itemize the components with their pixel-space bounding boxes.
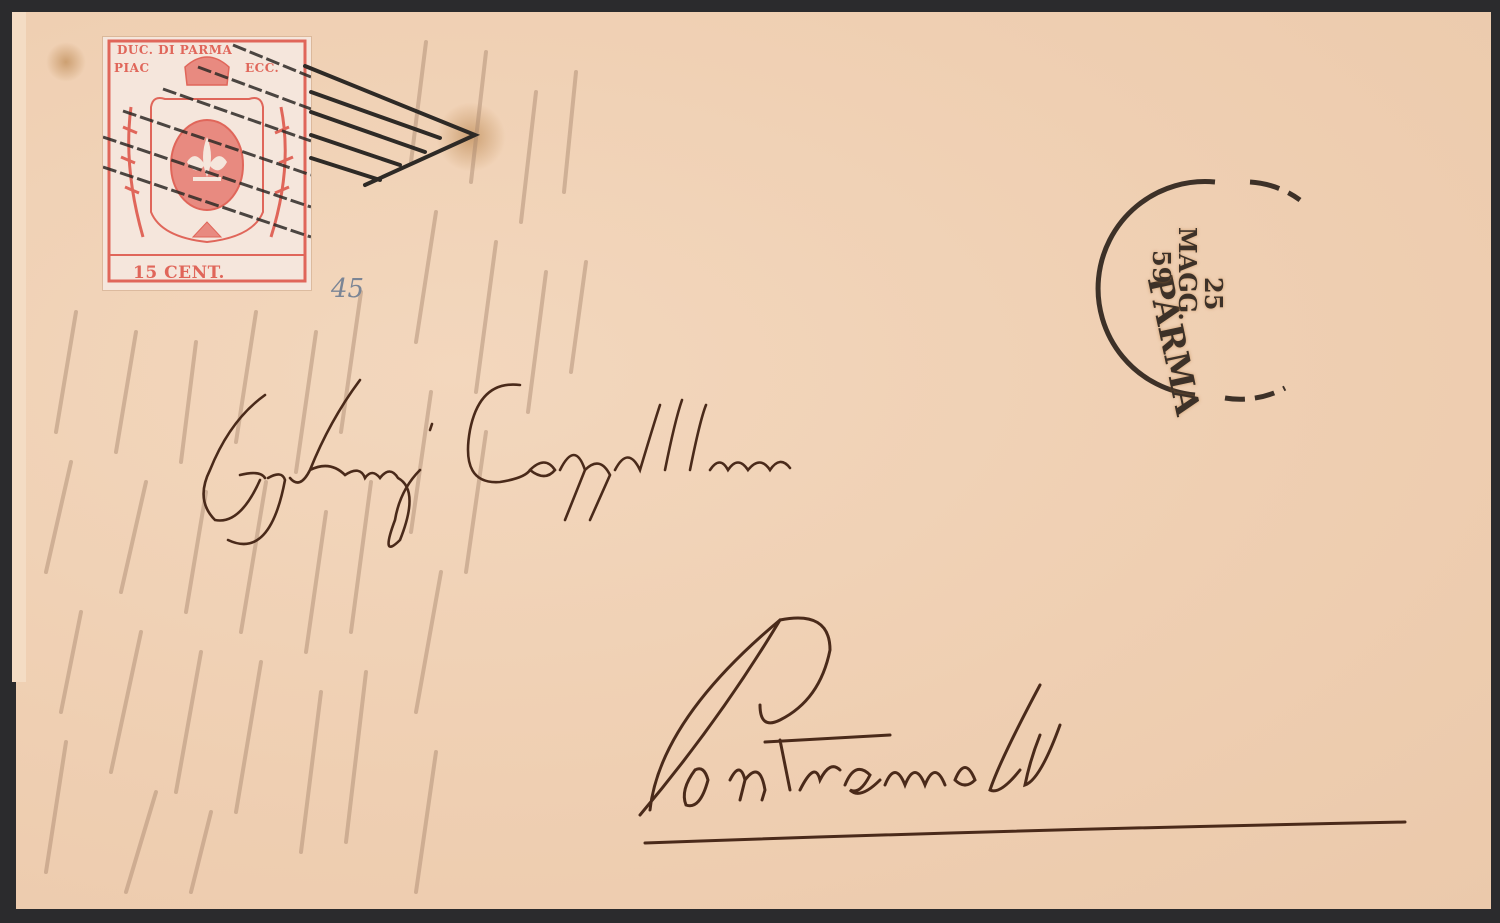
- postage-stamp: DUC. DI PARMA PIAC ECC. 15 CENT.: [103, 37, 311, 290]
- postmark-day: 25: [1199, 277, 1228, 310]
- stamp-inscription-top: DUC. DI PARMA: [117, 43, 232, 57]
- cancel-oil-stain: [436, 102, 506, 172]
- fold-edge: [12, 12, 26, 682]
- foxing-stain: [46, 42, 86, 82]
- stamp-denomination: 15 CENT.: [133, 263, 225, 283]
- postmark-year: 59: [1147, 250, 1176, 283]
- pencil-annotation: 45: [331, 274, 364, 304]
- stamp-inscription-left: PIAC: [114, 61, 150, 75]
- postmark: PARMA 25 MAGG. 59: [1118, 172, 1288, 412]
- postmark-month: MAGG.: [1173, 227, 1202, 321]
- stamp-inscription-right: ECC.: [245, 61, 279, 75]
